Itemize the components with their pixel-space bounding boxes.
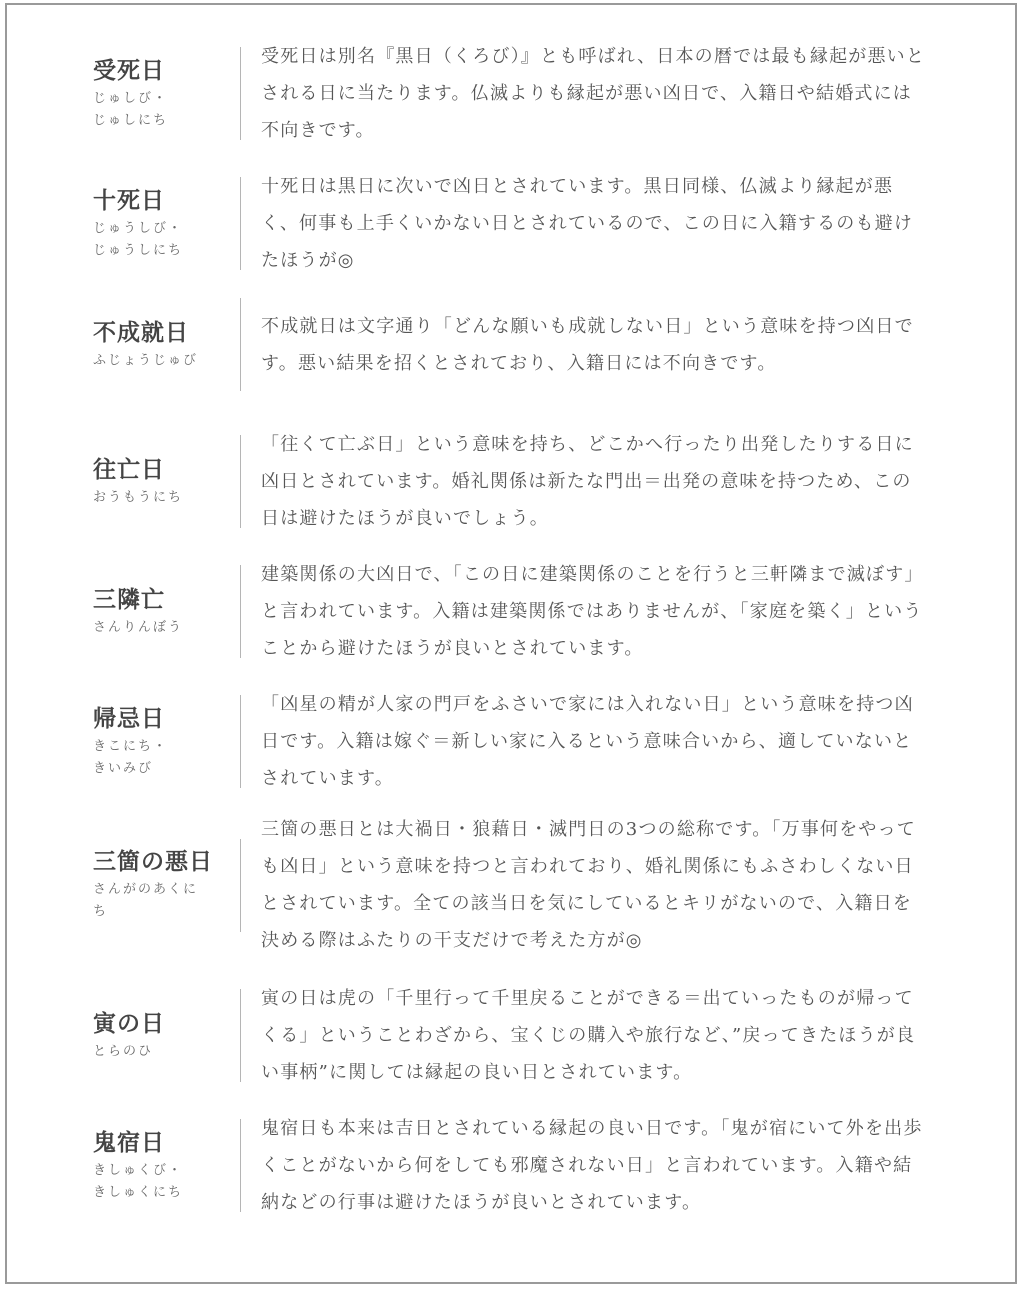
entry-reading: じゅしび・ じゅしにち: [93, 88, 218, 132]
entry-heading: 十死日 じゅうしび・ じゅうしにち: [88, 186, 236, 262]
entry-title: 三隣亡: [93, 585, 236, 615]
entry-title: 受死日: [93, 56, 236, 86]
entry-reading: きしゅくび・ きしゅくにち: [93, 1160, 218, 1204]
entry-kishukubi: 鬼宿日 きしゅくび・ きしゅくにち 鬼宿日も本来は吉日とされている縁起の良い日で…: [88, 1110, 938, 1221]
reading-line: じゅしび・: [93, 88, 218, 110]
entry-sanganoakunichi: 三箇の悪日 さんがのあくに ち 三箇の悪日とは大禍日・狼藉日・滅門日の3つの総称…: [88, 811, 938, 959]
entry-description: 不成就日は文字通り「どんな願いも成就しない日」という意味を持つ凶日です。悪い結果…: [261, 308, 929, 382]
entry-description: 十死日は黒日に次いで凶日とされています。黒日同様、仏滅より縁起が悪く、何事も上手…: [261, 168, 929, 279]
vertical-divider: [240, 435, 241, 528]
reading-line: ち: [93, 901, 218, 923]
entry-description: 「凶星の精が人家の門戸をふさいで家には入れない日」という意味を持つ凶日です。入籍…: [261, 686, 929, 797]
entry-kikonichi: 帰忌日 きこにち・ きいみび 「凶星の精が人家の門戸をふさいで家には入れない日」…: [88, 686, 938, 797]
entry-omonichi: 往亡日 おうもうにち 「往くて亡ぶ日」という意味を持ち、どこかへ行ったり出発した…: [88, 426, 938, 537]
reading-line: じゅうしにち: [93, 240, 218, 262]
reading-line: じゅしにち: [93, 110, 218, 132]
vertical-divider: [240, 839, 241, 932]
entry-title: 不成就日: [93, 318, 236, 348]
entry-title: 三箇の悪日: [93, 847, 236, 877]
reading-line: さんりんぼう: [93, 617, 218, 639]
entry-description: 寅の日は虎の「千里行って千里戻ることができる＝出ていったものが帰ってくる」という…: [261, 980, 929, 1091]
entry-sanrinbo: 三隣亡 さんりんぼう 建築関係の大凶日で、「この日に建築関係のことを行うと三軒隣…: [88, 556, 938, 667]
entry-heading: 寅の日 とらのひ: [88, 1009, 236, 1063]
vertical-divider: [240, 565, 241, 658]
entry-jushibi-ten: 十死日 じゅうしび・ じゅうしにち 十死日は黒日に次いで凶日とされています。黒日…: [88, 168, 938, 279]
entry-toranohi: 寅の日 とらのひ 寅の日は虎の「千里行って千里戻ることができる＝出ていったものが…: [88, 980, 938, 1091]
vertical-divider: [240, 47, 241, 140]
entry-jushibi: 受死日 じゅしび・ じゅしにち 受死日は別名『黒日（くろび）』とも呼ばれ、日本の…: [88, 38, 938, 149]
entry-description: 建築関係の大凶日で、「この日に建築関係のことを行うと三軒隣まで滅ぼす」と言われて…: [261, 556, 929, 667]
vertical-divider: [240, 695, 241, 788]
reading-line: きしゅくにち: [93, 1182, 218, 1204]
entry-heading: 受死日 じゅしび・ じゅしにち: [88, 56, 236, 132]
entry-fujojubi: 不成就日 ふじょうじゅび 不成就日は文字通り「どんな願いも成就しない日」という意…: [88, 298, 938, 391]
entry-description: 「往くて亡ぶ日」という意味を持ち、どこかへ行ったり出発したりする日に凶日とされて…: [261, 426, 929, 537]
entry-title: 寅の日: [93, 1009, 236, 1039]
reading-line: きしゅくび・: [93, 1160, 218, 1182]
entry-title: 帰忌日: [93, 704, 236, 734]
entry-heading: 鬼宿日 きしゅくび・ きしゅくにち: [88, 1128, 236, 1204]
entry-reading: じゅうしび・ じゅうしにち: [93, 218, 218, 262]
entry-reading: さんりんぼう: [93, 617, 218, 639]
entry-heading: 不成就日 ふじょうじゅび: [88, 318, 236, 372]
reading-line: おうもうにち: [93, 487, 218, 509]
vertical-divider: [240, 177, 241, 270]
reading-line: ふじょうじゅび: [93, 350, 218, 372]
entry-title: 十死日: [93, 186, 236, 216]
entry-description: 三箇の悪日とは大禍日・狼藉日・滅門日の3つの総称です。「万事何をやっても凶日」と…: [261, 811, 929, 959]
reading-line: とらのひ: [93, 1041, 218, 1063]
entry-heading: 三箇の悪日 さんがのあくに ち: [88, 847, 236, 923]
reading-line: きこにち・: [93, 736, 218, 758]
vertical-divider: [240, 1119, 241, 1212]
reading-line: じゅうしび・: [93, 218, 218, 240]
entry-description: 鬼宿日も本来は吉日とされている縁起の良い日です。「鬼が宿にいて外を出歩くことがな…: [261, 1110, 929, 1221]
entry-reading: おうもうにち: [93, 487, 218, 509]
vertical-divider: [240, 989, 241, 1082]
entry-reading: とらのひ: [93, 1041, 218, 1063]
entry-reading: さんがのあくに ち: [93, 879, 218, 923]
entry-heading: 帰忌日 きこにち・ きいみび: [88, 704, 236, 780]
entry-description: 受死日は別名『黒日（くろび）』とも呼ばれ、日本の暦では最も縁起が悪いとされる日に…: [261, 38, 929, 149]
entry-heading: 往亡日 おうもうにち: [88, 455, 236, 509]
entry-title: 鬼宿日: [93, 1128, 236, 1158]
reading-line: さんがのあくに: [93, 879, 218, 901]
entry-reading: きこにち・ きいみび: [93, 736, 218, 780]
entry-reading: ふじょうじゅび: [93, 350, 218, 372]
reading-line: きいみび: [93, 758, 218, 780]
entry-heading: 三隣亡 さんりんぼう: [88, 585, 236, 639]
vertical-divider: [240, 298, 241, 391]
entry-title: 往亡日: [93, 455, 236, 485]
